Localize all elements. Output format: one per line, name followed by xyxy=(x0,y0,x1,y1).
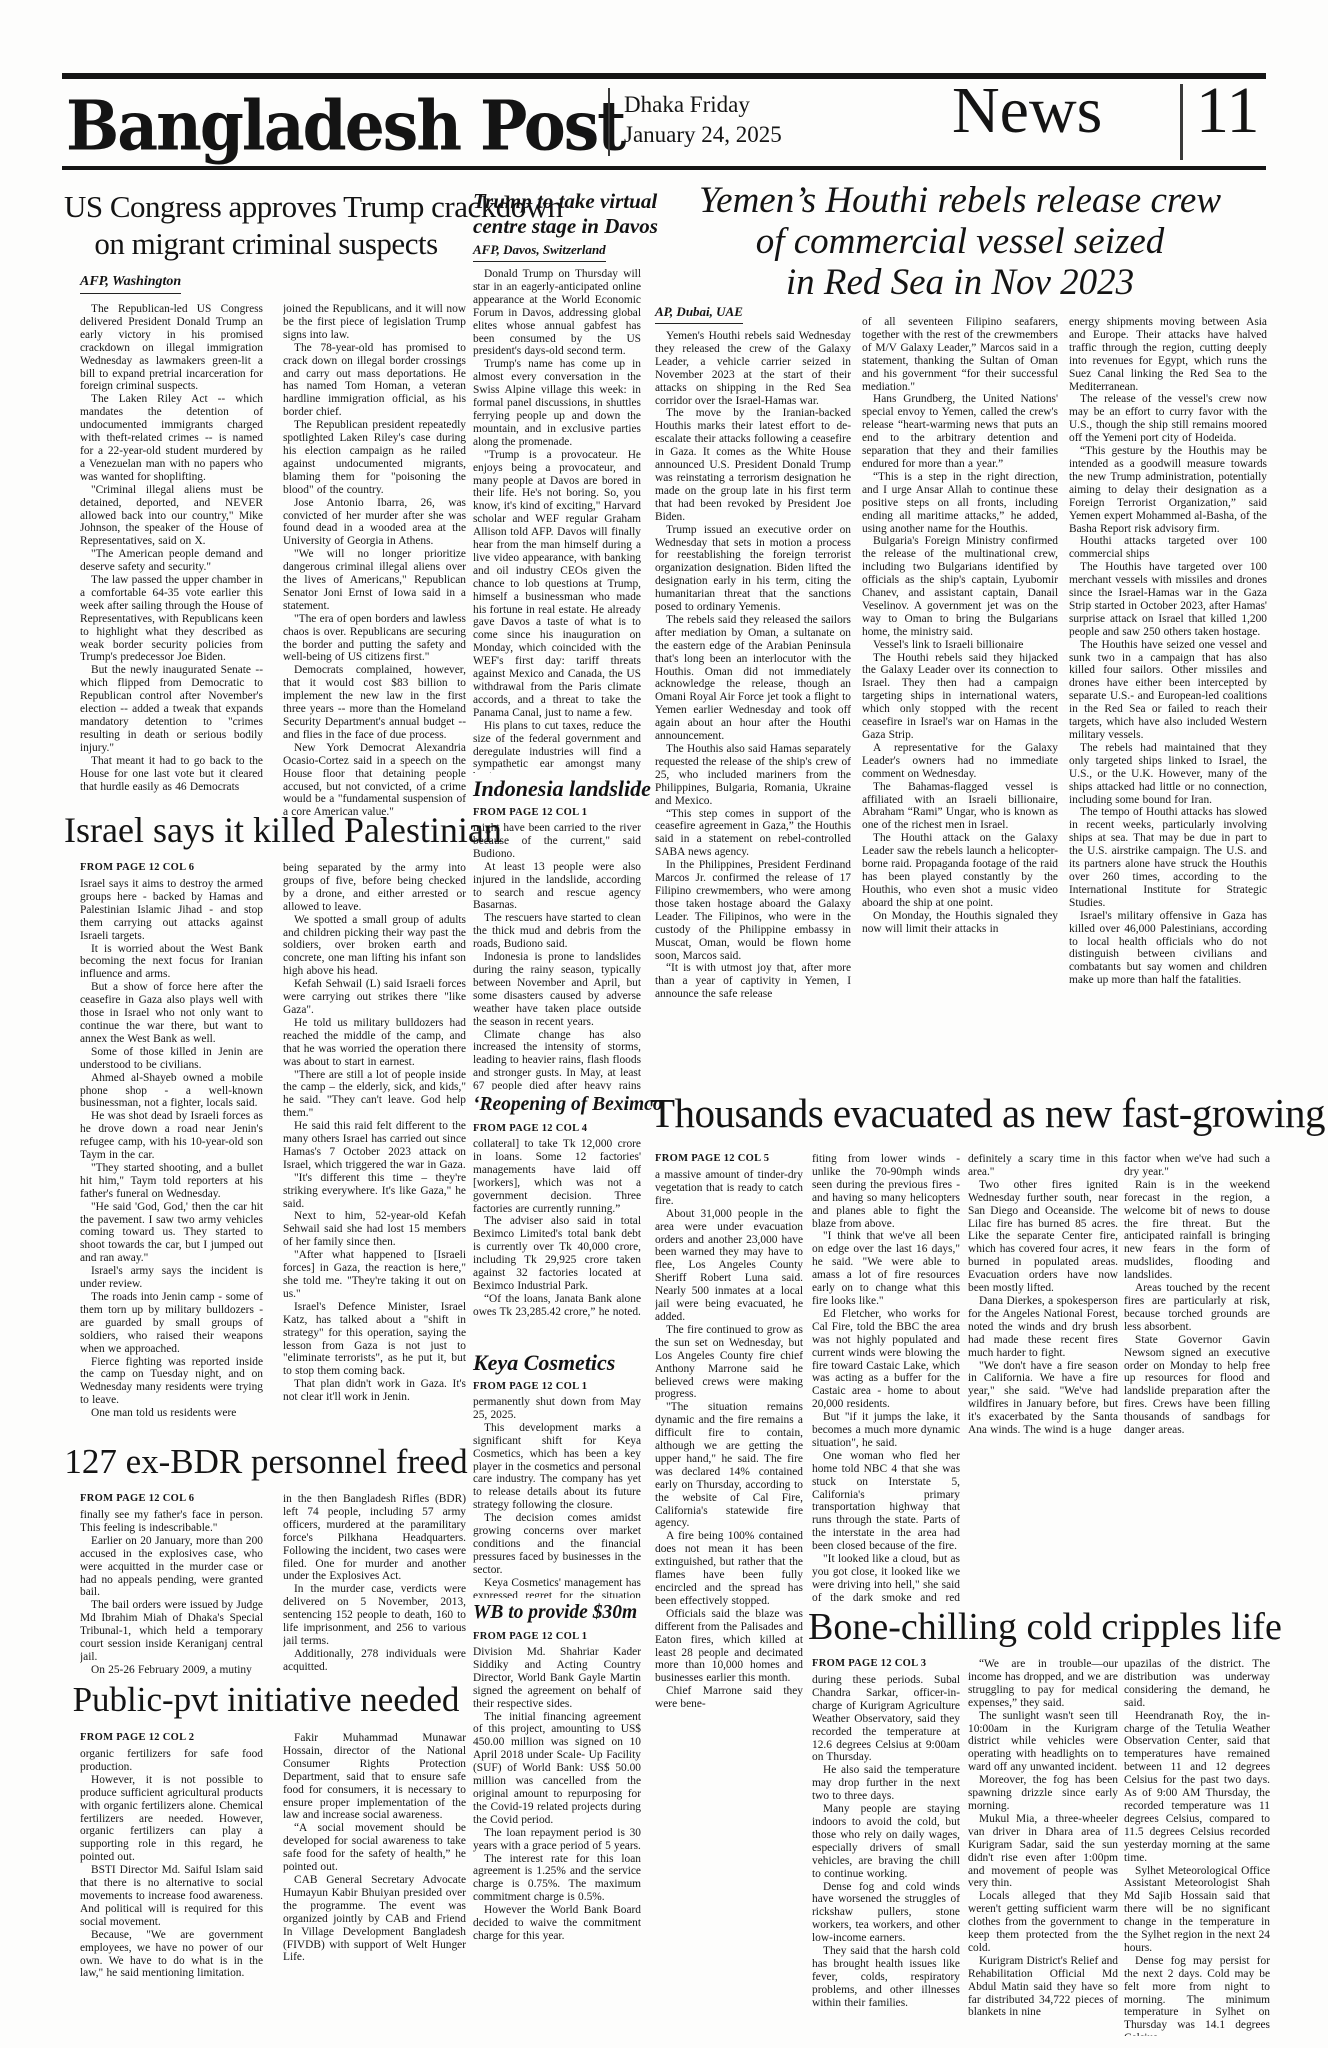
keya-headline: Keya Cosmetics xyxy=(473,1350,615,1376)
bone-headline-text: Bone-chilling cold cripples life xyxy=(808,1605,1270,1649)
beximco-body: collateral] to take Tk 12,000 crore in l… xyxy=(473,1138,641,1336)
wb-headline: WB to provide $30m xyxy=(473,1600,637,1626)
thousands-col-4: factor when we've had such a dry year."R… xyxy=(1124,1153,1270,1601)
byline-text: AP, Dubai, UAE xyxy=(655,304,743,324)
thousands-col-3: definitely a scary time in this area."Tw… xyxy=(968,1153,1118,1601)
beximco-headline: ‘Reopening of Beximco xyxy=(473,1092,663,1118)
houthi-byline: AP, Dubai, UAE xyxy=(655,303,743,324)
section-label: News xyxy=(952,78,1102,144)
public-pvt-headline-text: Public-pvt initiative needed xyxy=(64,1680,468,1720)
houthi-headline: Yemen’s Houthi rebels release crewof com… xyxy=(650,180,1270,303)
masthead-divider xyxy=(608,88,610,156)
israel-headline-text: Israel says it killed Palestinian xyxy=(64,810,468,850)
indonesia-headline: Indonesia landslide xyxy=(473,776,651,802)
us-congress-headline: US Congress approves Trump crackdownon m… xyxy=(64,188,468,262)
israel-col-2: being separated by the army into groups … xyxy=(283,862,466,1440)
section-page-divider xyxy=(1180,84,1183,160)
bone-col-2: “We are in trouble—our income has droppe… xyxy=(968,1658,1118,2036)
wb-jumpline: FROM PAGE 12 COL 1 xyxy=(473,1631,587,1642)
thousands-headline: Thousands evacuated as new fast-growing xyxy=(650,1090,1270,1137)
dateline-day: Dhaka Friday xyxy=(624,90,782,120)
bdr-headline: 127 ex-BDR personnel freed xyxy=(64,1442,468,1482)
wb-headline-text: WB to provide $30m xyxy=(473,1600,637,1626)
newspaper-logo: Bangladesh Post xyxy=(66,86,624,166)
page-number: 11 xyxy=(1196,78,1260,144)
israel-headline: Israel says it killed Palestinian xyxy=(64,810,468,850)
indonesia-body: might have been carried to the river bec… xyxy=(473,822,641,1090)
bdr-jumpline: FROM PAGE 12 COL 6 xyxy=(80,1493,194,1504)
bdr-col-1: finally see my father's face in person. … xyxy=(80,1509,263,1681)
bone-col-1: during these periods. Subal Chandra Sark… xyxy=(812,1674,960,2036)
israel-col-1: Israel says it aims to destroy the armed… xyxy=(80,878,263,1440)
masthead-bottom-rule xyxy=(62,166,1266,170)
public-pvt-col-2: Fakir Muhammad Munawar Hossain, director… xyxy=(283,1732,466,2038)
davos-headline: Trump to take virtualcentre stage in Dav… xyxy=(473,189,658,239)
bdr-col-2: in the then Bangladesh Rifles (BDR) left… xyxy=(283,1493,466,1681)
israel-jumpline: FROM PAGE 12 COL 6 xyxy=(80,862,194,873)
bone-headline: Bone-chilling cold cripples life xyxy=(808,1605,1270,1649)
bone-jumpline: FROM PAGE 12 COL 3 xyxy=(812,1658,926,1669)
thousands-jumpline: FROM PAGE 12 COL 5 xyxy=(655,1153,769,1164)
public-pvt-jumpline: FROM PAGE 12 COL 2 xyxy=(80,1732,194,1743)
dateline: Dhaka Friday January 24, 2025 xyxy=(624,90,782,150)
newspaper-page: Bangladesh Post Dhaka Friday January 24,… xyxy=(0,0,1328,2048)
public-pvt-col-1: organic fertilizers for safe food produc… xyxy=(80,1748,263,2038)
davos-body: Donald Trump on Thursday will star in an… xyxy=(473,268,641,773)
byline-text: AFP, Davos, Switzerland xyxy=(473,242,606,262)
keya-body: permanently shut down from May 25, 2025.… xyxy=(473,1396,641,1598)
houthi-col-1: Yemen's Houthi rebels said Wednesday the… xyxy=(655,330,851,1086)
thousands-headline-text: Thousands evacuated as new fast-growing xyxy=(650,1090,1270,1137)
byline-text: AFP, Washington xyxy=(80,274,181,294)
houthi-col-2: of all seventeen Filipino seafarers, tog… xyxy=(862,316,1058,1086)
indonesia-jumpline: FROM PAGE 12 COL 1 xyxy=(473,807,587,818)
bone-col-3: upazilas of the district. The distributi… xyxy=(1124,1658,1270,2036)
indonesia-headline-text: Indonesia landslide xyxy=(473,776,651,802)
dateline-date: January 24, 2025 xyxy=(624,120,782,150)
bdr-headline-text: 127 ex-BDR personnel freed xyxy=(64,1442,468,1482)
public-pvt-headline: Public-pvt initiative needed xyxy=(64,1680,468,1720)
davos-byline: AFP, Davos, Switzerland xyxy=(473,241,606,262)
thousands-col-1: a massive amount of tinder-dry vegetatio… xyxy=(655,1169,803,2035)
keya-jumpline: FROM PAGE 12 COL 1 xyxy=(473,1381,587,1392)
wb-body: Division Md. Shahriar Kader Siddiky and … xyxy=(473,1646,641,2018)
thousands-col-2: fiting from lower winds - unlike the 70-… xyxy=(812,1153,960,1601)
houthi-col-3: energy shipments moving between Asia and… xyxy=(1069,316,1267,1086)
beximco-jumpline: FROM PAGE 12 COL 4 xyxy=(473,1123,587,1134)
us-congress-col-1: The Republican-led US Congress delivered… xyxy=(80,303,263,815)
us-congress-byline: AFP, Washington xyxy=(80,272,181,294)
us-congress-col-2: joined the Republicans, and it will now … xyxy=(283,303,466,815)
keya-headline-text: Keya Cosmetics xyxy=(473,1350,615,1376)
beximco-headline-text: ‘Reopening of Beximco xyxy=(473,1092,663,1118)
